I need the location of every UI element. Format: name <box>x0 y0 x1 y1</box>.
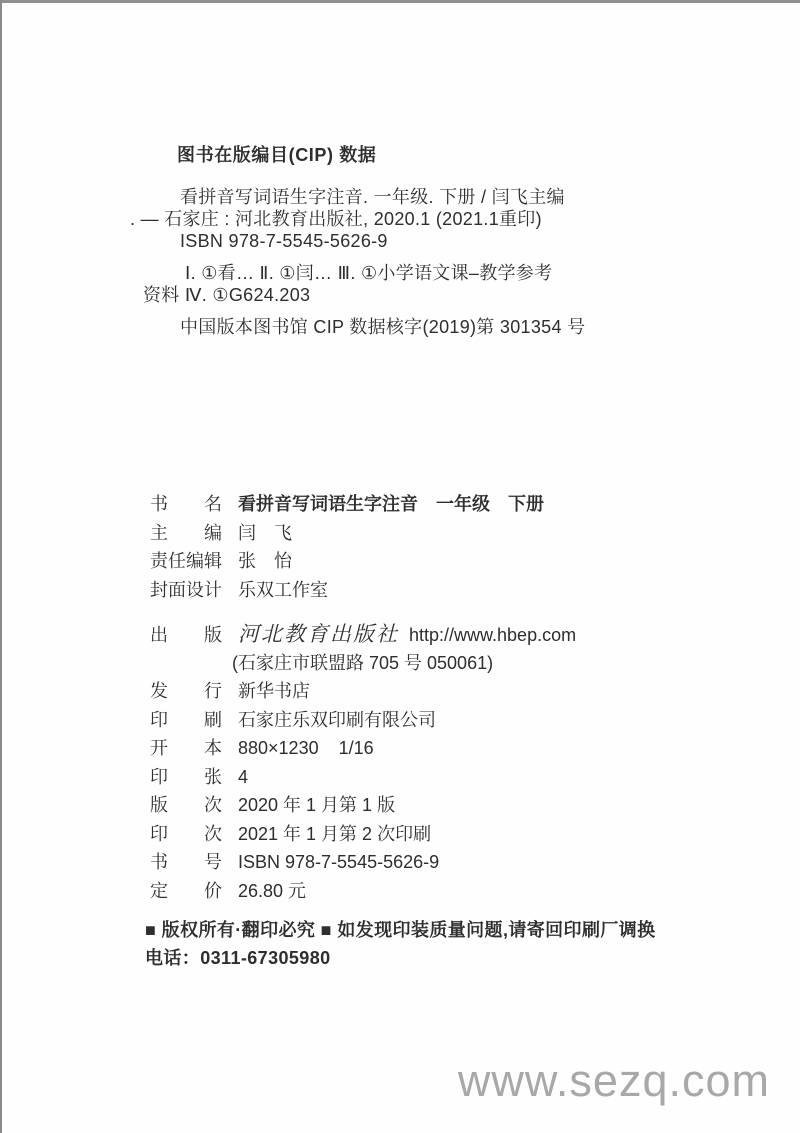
colophon-row-cover-design: 封面设计 乐双工作室 <box>150 576 710 605</box>
publisher-address: (石家庄市联盟路 705 号 050061) <box>232 649 710 678</box>
cip-classification-line-1: Ⅰ. ①看… Ⅱ. ①闫… Ⅲ. ①小学语文课–教学参考 <box>185 262 690 284</box>
row-value: ISBN 978-7-5545-5626-9 <box>238 848 439 877</box>
row-value: 2021 年 1 月第 2 次印刷 <box>238 820 431 849</box>
colophon-row-edition: 版 次 2020 年 1 月第 1 版 <box>150 791 710 820</box>
row-value: 4 <box>238 763 248 792</box>
cip-publisher-line: . — 石家庄 : 河北教育出版社, 2020.1 (2021.1重印) <box>130 208 690 230</box>
row-value: 张 怡 <box>238 547 292 576</box>
colophon-row-format: 开 本 880×1230 1/16 <box>150 734 710 763</box>
row-label: 书 名 <box>150 490 238 519</box>
row-label: 发 行 <box>150 677 238 706</box>
cip-title-line: 看拼音写词语生字注音. 一年级. 下册 / 闫飞主编 <box>180 186 690 208</box>
row-label: 出 版 <box>150 621 238 650</box>
row-value: 880×1230 1/16 <box>238 734 374 763</box>
cip-classification-line-2: 资料 Ⅳ. ①G624.203 <box>143 284 690 306</box>
row-label: 主 编 <box>150 519 238 548</box>
row-label: 印 刷 <box>150 706 238 735</box>
row-value: 闫 飞 <box>238 519 292 548</box>
cip-isbn-line: ISBN 978-7-5545-5626-9 <box>180 230 690 252</box>
publisher-line: 出 版 河北教育出版社 http://www.hbep.com <box>150 620 710 649</box>
cip-registry-line: 中国版本图书馆 CIP 数据核字(2019)第 301354 号 <box>180 316 690 338</box>
copyright-notice: ■ 版权所有·翻印必究 ■ 如发现印装质量问题,请寄回印刷厂调换 电话：0311… <box>145 916 745 972</box>
book-copyright-page: 图书在版编目(CIP) 数据 看拼音写词语生字注音. 一年级. 下册 / 闫飞主… <box>0 0 800 1133</box>
colophon-row-price: 定 价 26.80 元 <box>150 877 710 906</box>
row-label: 封面设计 <box>150 576 238 605</box>
cip-heading: 图书在版编目(CIP) 数据 <box>177 144 690 166</box>
row-value: 26.80 元 <box>238 877 306 906</box>
colophon-row-book-title: 书 名 看拼音写词语生字注音 一年级 下册 <box>150 490 710 519</box>
row-label: 印 张 <box>150 763 238 792</box>
row-label: 书 号 <box>150 848 238 877</box>
publisher-url: http://www.hbep.com <box>409 621 576 650</box>
watermark: www.sezq.com <box>458 1055 770 1107</box>
colophon-row-publisher: 出 版 河北教育出版社 http://www.hbep.com (石家庄市联盟路… <box>150 620 710 677</box>
row-value: 看拼音写词语生字注音 一年级 下册 <box>238 490 544 519</box>
colophon-row-chief-editor: 主 编 闫 飞 <box>150 519 710 548</box>
publisher-calligraphy-logo: 河北教育出版社 <box>238 620 399 649</box>
contact-phone-line: 电话：0311-67305980 <box>145 944 745 972</box>
row-label: 责任编辑 <box>150 547 238 576</box>
cip-data-block: 图书在版编目(CIP) 数据 看拼音写词语生字注音. 一年级. 下册 / 闫飞主… <box>130 144 690 338</box>
row-value: 乐双工作室 <box>238 576 328 605</box>
colophon-row-printer: 印 刷 石家庄乐双印刷有限公司 <box>150 706 710 735</box>
colophon-block: 书 名 看拼音写词语生字注音 一年级 下册 主 编 闫 飞 责任编辑 张 怡 封… <box>150 490 710 905</box>
row-value: 2020 年 1 月第 1 版 <box>238 791 395 820</box>
row-label: 印 次 <box>150 820 238 849</box>
row-value: 石家庄乐双印刷有限公司 <box>238 706 436 735</box>
colophon-row-impression: 印 次 2021 年 1 月第 2 次印刷 <box>150 820 710 849</box>
row-label: 版 次 <box>150 791 238 820</box>
copyright-notice-line: ■ 版权所有·翻印必究 ■ 如发现印装质量问题,请寄回印刷厂调换 <box>145 916 745 944</box>
colophon-row-responsible-editor: 责任编辑 张 怡 <box>150 547 710 576</box>
colophon-row-isbn: 书 号 ISBN 978-7-5545-5626-9 <box>150 848 710 877</box>
row-label: 开 本 <box>150 734 238 763</box>
colophon-row-distributor: 发 行 新华书店 <box>150 677 710 706</box>
colophon-row-printed-sheets: 印 张 4 <box>150 763 710 792</box>
row-value: 新华书店 <box>238 677 310 706</box>
row-label: 定 价 <box>150 877 238 906</box>
